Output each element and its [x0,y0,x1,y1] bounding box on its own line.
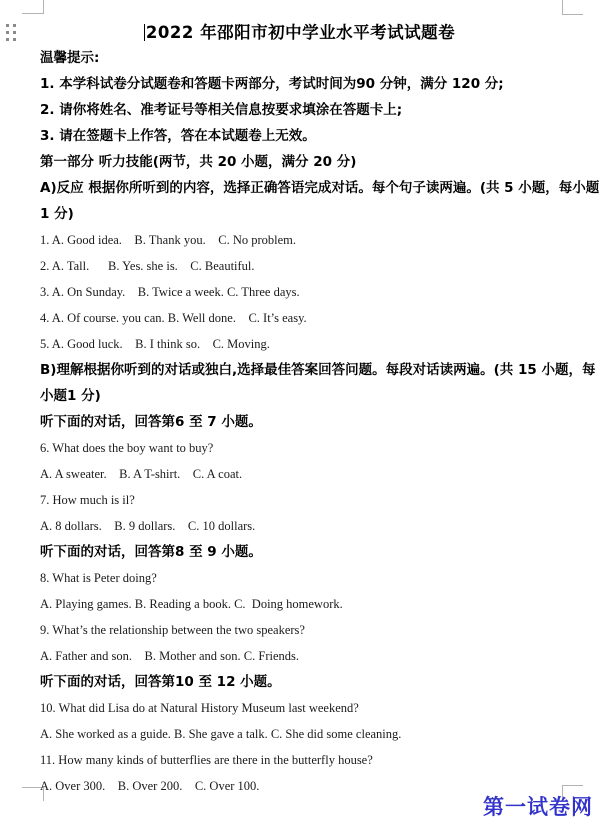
text-line: A. Playing games. B. Reading a book. C. … [40,591,585,617]
text-line: 听下面的对话，回答第6 至 7 小题。 [40,409,585,435]
text-line: 11. How many kinds of butterflies are th… [40,747,585,773]
text-line: A. 8 dollars. B. 9 dollars. C. 10 dollar… [40,513,585,539]
text-line: 2. 请你将姓名、准考证号等相关信息按要求填涂在答题卡上; [40,97,585,123]
text-line: 8. What is Peter doing? [40,565,585,591]
page-title: 2022 年邵阳市初中学业水平考试试题卷 [146,23,455,42]
watermark-text: 第一试卷网 [483,791,593,821]
document-body: 温馨提示:1. 本学科试卷分试题卷和答题卡两部分，考试时间为90 分钟，满分 1… [40,45,585,799]
text-line: 4. A. Of course. you can. B. Well done. … [40,305,585,331]
text-line: 2. A. Tall. B. Yes. she is. C. Beautiful… [40,253,585,279]
text-line: A)反应 根据你所听到的内容，选择正确答语完成对话。每个句子读两遍。(共 5 小… [40,175,585,201]
text-line: 听下面的对话，回答第8 至 9 小题。 [40,539,585,565]
text-line: 6. What does the boy want to buy? [40,435,585,461]
text-line: A. She worked as a guide. B. She gave a … [40,721,585,747]
text-line: 10. What did Lisa do at Natural History … [40,695,585,721]
text-line: 3. 请在签题卡上作答，答在本试题卷上无效。 [40,123,585,149]
text-line: 5. A. Good luck. B. I think so. C. Movin… [40,331,585,357]
text-line: 1. A. Good idea. B. Thank you. C. No pro… [40,227,585,253]
text-cursor [144,24,145,41]
text-line: 第一部分 听力技能(两节，共 20 小题，满分 20 分) [40,149,585,175]
text-line: 听下面的对话，回答第10 至 12 小题。 [40,669,585,695]
text-line: B)理解根据你听到的对话或独白,选择最佳答案回答问题。每段对话读两遍。(共 15… [40,357,585,383]
text-line: 9. What’s the relationship between the t… [40,617,585,643]
text-line: 小题1 分) [40,383,585,409]
exam-paper-page: { "document": { "title": "2022 年邵阳市初中学业水… [0,0,599,829]
text-line: 7. How much is il? [40,487,585,513]
text-line: 1 分) [40,201,585,227]
text-line: 温馨提示: [40,45,585,71]
text-line: A. A sweater. B. A T-shirt. C. A coat. [40,461,585,487]
text-line: 1. 本学科试卷分试题卷和答题卡两部分，考试时间为90 分钟，满分 120 分; [40,71,585,97]
text-line: 3. A. On Sunday. B. Twice a week. C. Thr… [40,279,585,305]
page-title-row: 2022 年邵阳市初中学业水平考试试题卷 [0,19,599,43]
text-line: A. Father and son. B. Mother and son. C.… [40,643,585,669]
